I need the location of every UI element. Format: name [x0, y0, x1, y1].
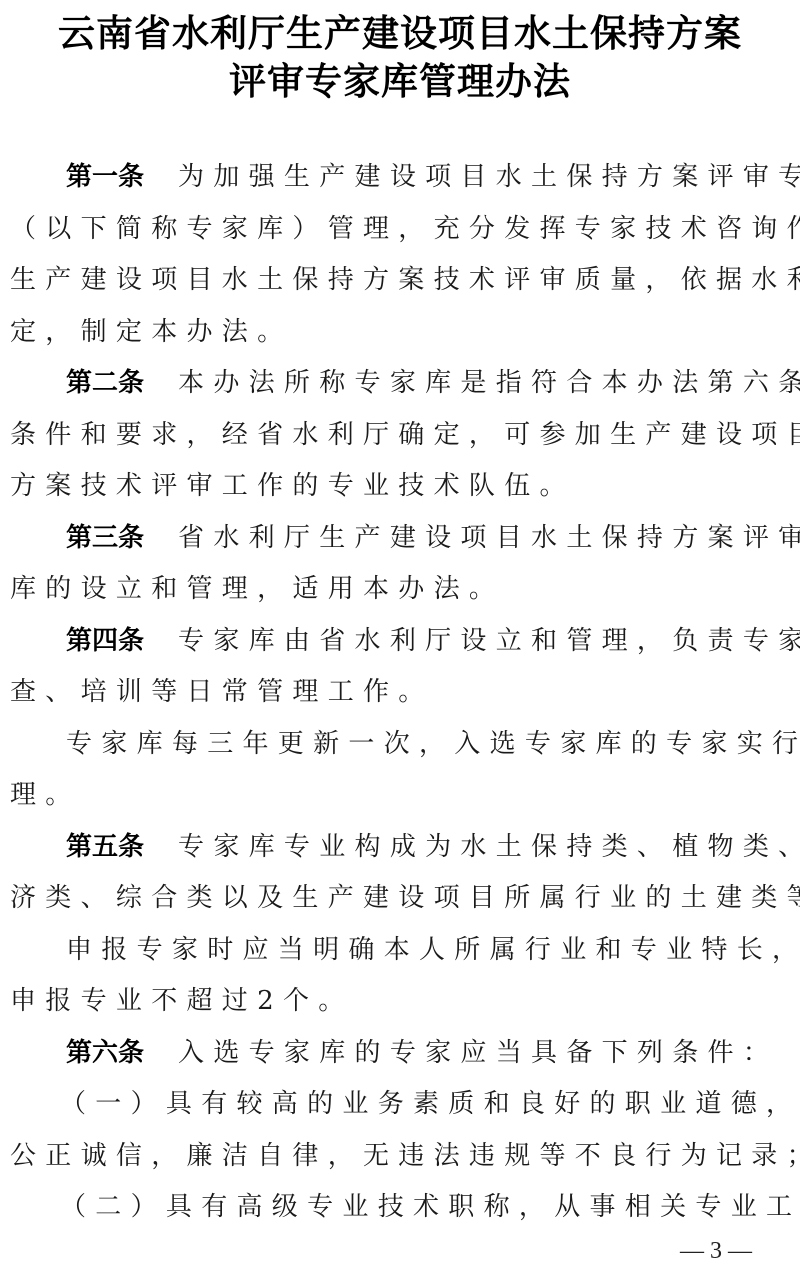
line-text: 条件和要求，经省水利厅确定，可参加生产建设项目水土保持	[10, 420, 800, 450]
page-number: — 3 —	[680, 1238, 752, 1265]
text-line: 条件和要求，经省水利厅确定，可参加生产建设项目水土保持	[10, 410, 790, 462]
line-text: 库的设立和管理，适用本办法。	[10, 574, 504, 604]
line-text: 查、培训等日常管理工作。	[10, 677, 434, 707]
text-line: （以下简称专家库）管理，充分发挥专家技术咨询作用，提高	[10, 204, 790, 256]
text-line: 生产建设项目水土保持方案技术评审质量，依据水利部有关规	[10, 255, 790, 307]
text-line: 申报专业不超过2个。	[10, 976, 790, 1028]
line-text: 济类、综合类以及生产建设项目所属行业的土建类等专业。	[10, 883, 800, 913]
article-heading: 第二条	[66, 368, 144, 398]
document-title-line-1: 云南省水利厅生产建设项目水土保持方案	[0, 10, 800, 56]
document-title-line-2: 评审专家库管理办法	[0, 58, 800, 104]
text-line: 查、培训等日常管理工作。	[10, 667, 790, 719]
line-text: 理。	[10, 780, 81, 810]
line-text: 方案技术评审工作的专业技术队伍。	[10, 471, 575, 501]
line-text: （一）具有较高的业务素质和良好的职业道德，遵纪守法，	[60, 1089, 800, 1119]
line-text: 专家库由省水利厅设立和管理，负责专家资格审	[178, 626, 800, 656]
text-line: （二）具有高级专业技术职称，从事相关专业工作五年以	[10, 1182, 790, 1234]
text-line: 第六条入选专家库的专家应当具备下列条件：	[10, 1028, 790, 1080]
article-heading: 第六条	[66, 1038, 144, 1068]
text-line: 第四条专家库由省水利厅设立和管理，负责专家资格审	[10, 616, 790, 668]
text-line: 定，制定本办法。	[10, 307, 790, 359]
line-text: （以下简称专家库）管理，充分发挥专家技术咨询作用，提高	[10, 214, 800, 244]
line-text: 为加强生产建设项目水土保持方案评审专家库	[178, 162, 800, 192]
text-line: 申报专家时应当明确本人所属行业和专业特长，每位专家	[10, 925, 790, 977]
line-text: 专家库每三年更新一次，入选专家库的专家实行动态管	[66, 729, 800, 759]
text-line: 第五条专家库专业构成为水土保持类、植物类、技术经	[10, 822, 790, 874]
line-text: 本办法所称专家库是指符合本办法第六条规定	[178, 368, 800, 398]
text-line: （一）具有较高的业务素质和良好的职业道德，遵纪守法，	[10, 1079, 790, 1131]
line-text: 申报专业不超过2个。	[10, 986, 354, 1016]
text-line: 方案技术评审工作的专业技术队伍。	[10, 461, 790, 513]
text-line: 第一条为加强生产建设项目水土保持方案评审专家库	[10, 152, 790, 204]
line-text: 申报专家时应当明确本人所属行业和专业特长，每位专家	[66, 935, 800, 965]
article-heading: 第五条	[66, 832, 144, 862]
article-heading: 第一条	[66, 162, 144, 192]
line-text: 入选专家库的专家应当具备下列条件：	[178, 1038, 778, 1068]
text-line: 专家库每三年更新一次，入选专家库的专家实行动态管	[10, 719, 790, 771]
line-text: 公正诚信，廉洁自律，无违法违规等不良行为记录；	[10, 1141, 800, 1171]
line-text: 生产建设项目水土保持方案技术评审质量，依据水利部有关规	[10, 265, 800, 295]
text-line: 第三条省水利厅生产建设项目水土保持方案评审专家	[10, 513, 790, 565]
text-line: 公正诚信，廉洁自律，无违法违规等不良行为记录；	[10, 1131, 790, 1183]
text-line: 第二条本办法所称专家库是指符合本办法第六条规定	[10, 358, 790, 410]
document-body: 第一条为加强生产建设项目水土保持方案评审专家库 （以下简称专家库）管理，充分发挥…	[10, 152, 790, 1234]
line-text: 专家库专业构成为水土保持类、植物类、技术经	[178, 832, 800, 862]
line-text: 定，制定本办法。	[10, 317, 292, 347]
line-text: 省水利厅生产建设项目水土保持方案评审专家	[178, 523, 800, 553]
article-heading: 第四条	[66, 626, 144, 656]
line-text: （二）具有高级专业技术职称，从事相关专业工作五年以	[60, 1192, 800, 1222]
text-line: 济类、综合类以及生产建设项目所属行业的土建类等专业。	[10, 873, 790, 925]
text-line: 库的设立和管理，适用本办法。	[10, 564, 790, 616]
article-heading: 第三条	[66, 523, 144, 553]
text-line: 理。	[10, 770, 790, 822]
